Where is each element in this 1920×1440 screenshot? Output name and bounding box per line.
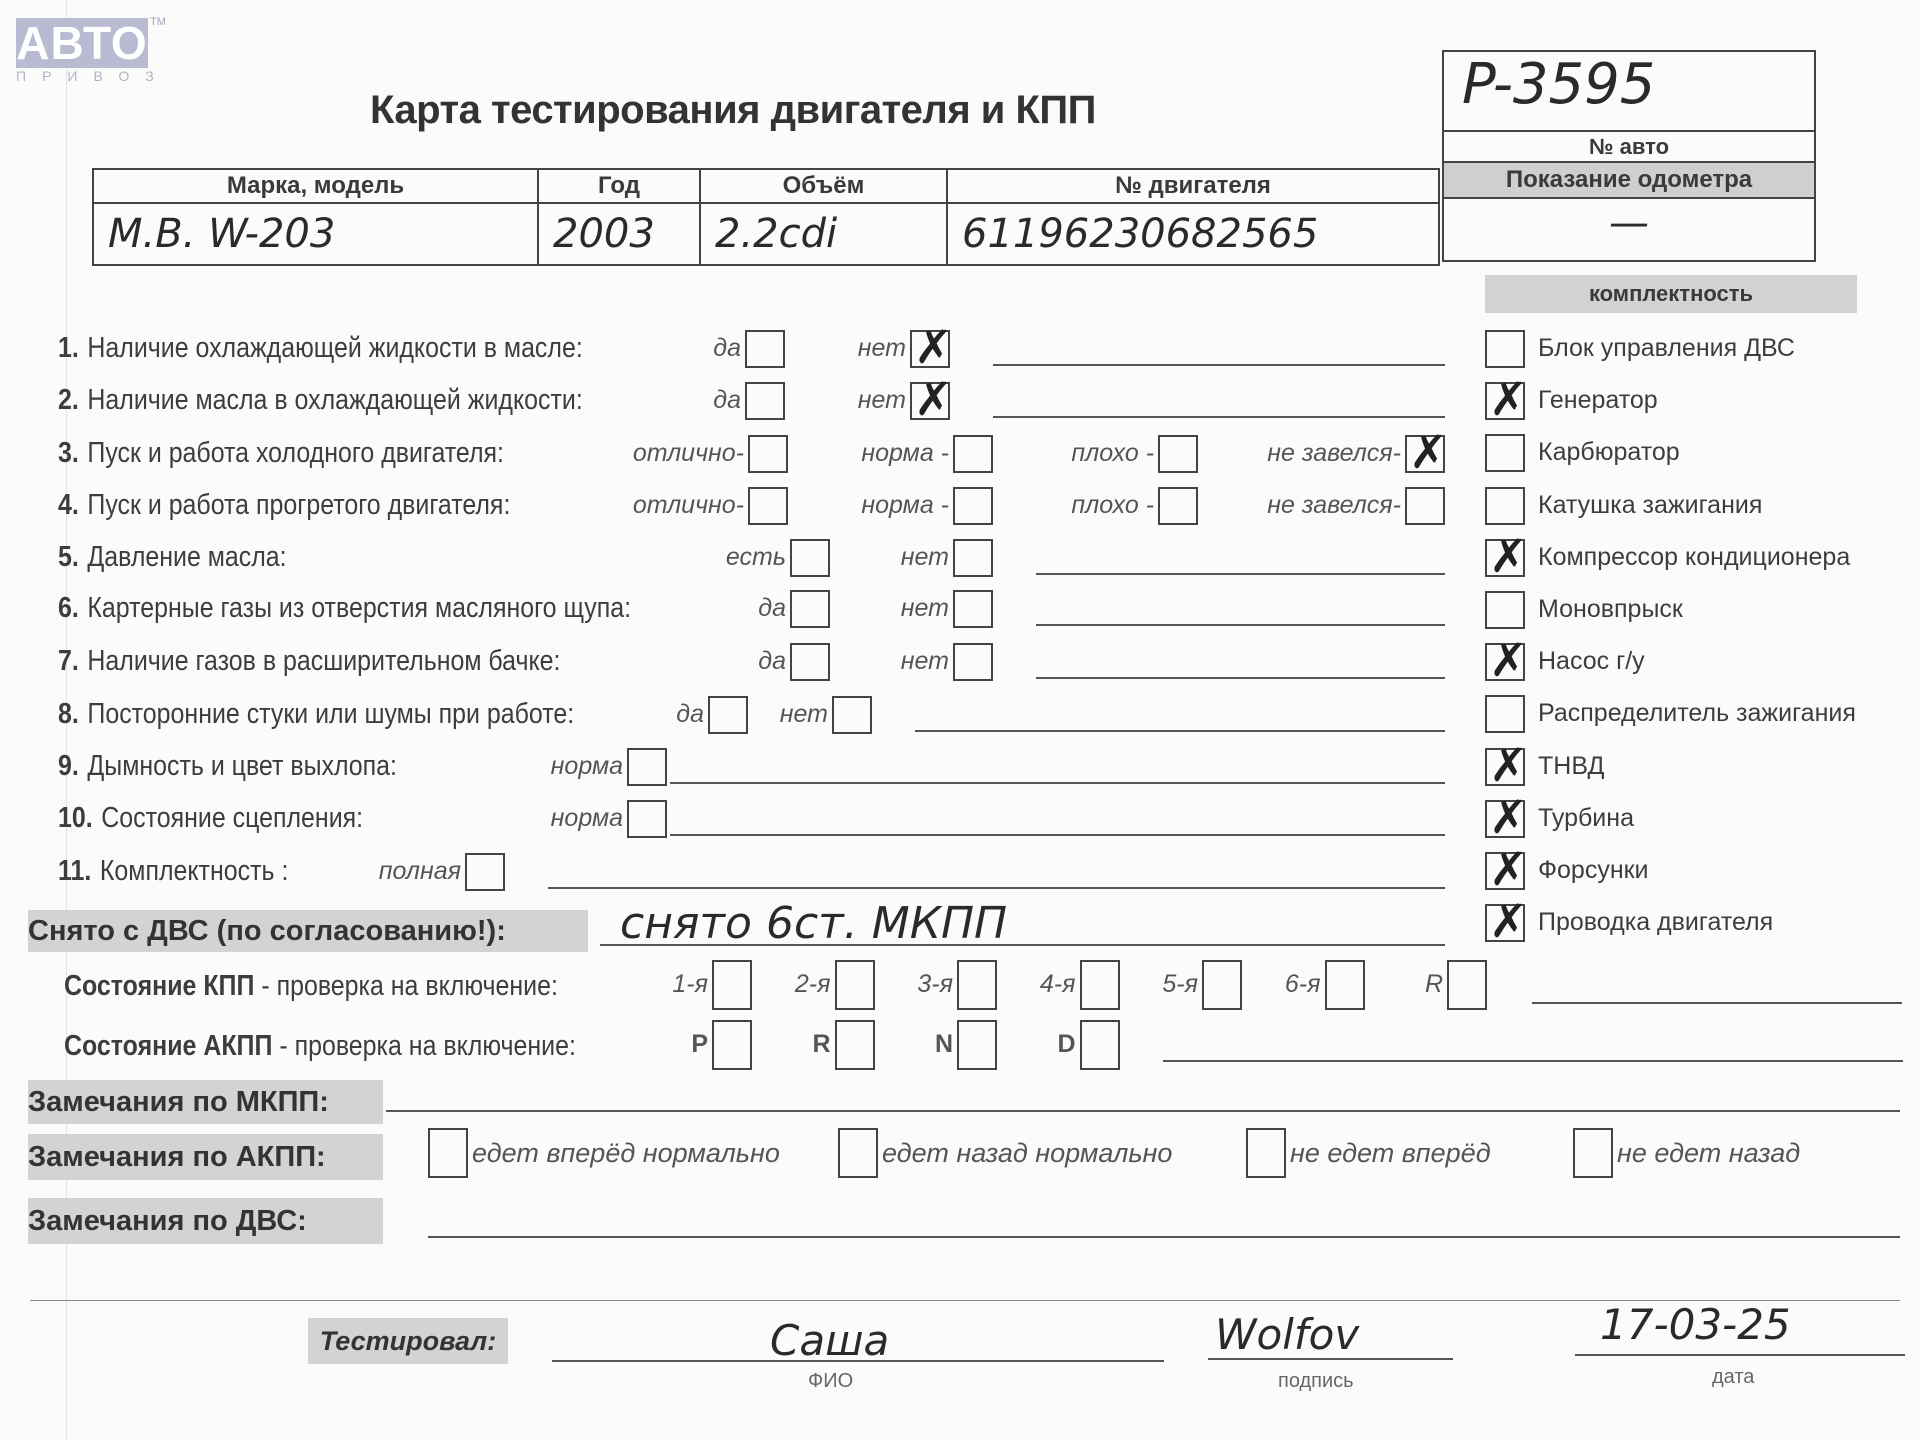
gear-checkbox[interactable] bbox=[835, 960, 875, 1010]
option-checkbox[interactable]: ✗ bbox=[910, 330, 950, 368]
note-line[interactable] bbox=[1532, 1002, 1902, 1004]
option-label: плохо - bbox=[1067, 491, 1154, 520]
completeness-label: Распределитель зажигания bbox=[1538, 699, 1856, 728]
remarks-dvs-label: Замечания по ДВС: bbox=[28, 1198, 383, 1244]
tester-name[interactable]: Саша bbox=[770, 1316, 889, 1365]
check-label: Наличие масла в охлаждающей жидкости: bbox=[87, 384, 582, 416]
completeness-label: Турбина bbox=[1538, 804, 1634, 833]
note-line[interactable] bbox=[548, 887, 1445, 889]
avto-privoz-logo: АВТО bbox=[16, 18, 148, 68]
gear-label: 5-я bbox=[1154, 970, 1198, 999]
check-number: 5. bbox=[58, 541, 79, 573]
akpp-remark-checkbox[interactable] bbox=[1573, 1128, 1613, 1178]
gear-label: R bbox=[1399, 970, 1443, 999]
option-checkbox[interactable] bbox=[790, 539, 830, 577]
completeness-checkbox[interactable] bbox=[1485, 330, 1525, 368]
option-checkbox[interactable] bbox=[627, 800, 667, 838]
option-checkbox[interactable] bbox=[832, 696, 872, 734]
logo-subtitle: ПРИВОЗ bbox=[16, 68, 170, 84]
check-mark-icon: ✗ bbox=[1489, 376, 1528, 422]
volume-value[interactable]: 2.2cdi bbox=[700, 203, 947, 265]
option-label: есть bbox=[720, 543, 786, 572]
option-checkbox[interactable] bbox=[627, 748, 667, 786]
completeness-label: ТНВД bbox=[1538, 752, 1604, 781]
note-line[interactable] bbox=[993, 364, 1445, 366]
check-mark-icon: ✗ bbox=[914, 376, 953, 422]
option-label: норма bbox=[548, 804, 623, 833]
option-label: норма bbox=[548, 752, 623, 781]
note-line[interactable] bbox=[1163, 1060, 1903, 1062]
label-bold: Состояние АКПП bbox=[64, 1030, 272, 1062]
option-label: нет bbox=[775, 700, 828, 729]
label-bold: Состояние КПП bbox=[64, 970, 254, 1002]
option-label: отлично- bbox=[627, 439, 744, 468]
gear-label: N bbox=[927, 1030, 953, 1059]
check-question: 3.Пуск и работа холодного двигателя: bbox=[58, 437, 504, 470]
check-question: 1.Наличие охлаждающей жидкости в масле: bbox=[58, 332, 583, 365]
check-mark-icon: ✗ bbox=[1409, 429, 1448, 475]
gear-checkbox[interactable] bbox=[712, 1020, 752, 1070]
header-engine-number: № двигателя bbox=[947, 169, 1439, 203]
option-checkbox[interactable] bbox=[953, 435, 993, 473]
option-checkbox[interactable] bbox=[953, 539, 993, 577]
completeness-header: комплектность bbox=[1485, 275, 1857, 313]
check-label: Состояние сцепления: bbox=[101, 802, 363, 834]
check-number: 4. bbox=[58, 489, 79, 521]
signature-caption: подпись bbox=[1278, 1370, 1354, 1393]
engine-number-value[interactable]: 61196230682565 bbox=[947, 203, 1439, 265]
option-label: да bbox=[752, 647, 786, 676]
gear-checkbox[interactable] bbox=[835, 1020, 875, 1070]
completeness-checkbox[interactable]: ✗ bbox=[1485, 539, 1525, 577]
option-label: полная bbox=[373, 857, 461, 886]
auto-number-label: № авто bbox=[1444, 130, 1814, 162]
note-line[interactable] bbox=[915, 730, 1445, 732]
gear-checkbox[interactable] bbox=[712, 960, 752, 1010]
check-label: Пуск и работа прогретого двигателя: bbox=[87, 489, 510, 521]
check-question: 9.Дымность и цвет выхлопа: bbox=[58, 750, 397, 783]
akpp-remark-checkbox[interactable] bbox=[428, 1128, 468, 1178]
option-checkbox[interactable] bbox=[790, 643, 830, 681]
check-mark-icon: ✗ bbox=[1489, 898, 1528, 944]
check-question: 5.Давление масла: bbox=[58, 541, 287, 574]
check-question: 11.Комплектность : bbox=[58, 855, 288, 888]
gear-label: D bbox=[1050, 1030, 1076, 1059]
option-checkbox[interactable] bbox=[1158, 487, 1198, 525]
gear-checkbox[interactable] bbox=[1325, 960, 1365, 1010]
option-checkbox[interactable] bbox=[790, 590, 830, 628]
completeness-label: Блок управления ДВС bbox=[1538, 334, 1795, 363]
check-label: Наличие газов в расширительном бачке: bbox=[87, 645, 560, 677]
remarks-mkpp-label: Замечания по МКПП: bbox=[28, 1080, 383, 1124]
akpp-remark-checkbox[interactable] bbox=[1246, 1128, 1286, 1178]
gear-label: 3-я bbox=[909, 970, 953, 999]
option-checkbox[interactable] bbox=[953, 643, 993, 681]
check-label: Наличие охлаждающей жидкости в масле: bbox=[87, 332, 582, 364]
option-label: да bbox=[713, 334, 741, 363]
odometer-label: Показание одометра bbox=[1444, 161, 1814, 199]
gear-checkbox[interactable] bbox=[1447, 960, 1487, 1010]
header-volume: Объём bbox=[700, 169, 947, 203]
check-number: 7. bbox=[58, 645, 79, 677]
completeness-checkbox[interactable]: ✗ bbox=[1485, 852, 1525, 890]
check-number: 8. bbox=[58, 698, 79, 730]
check-label: Комплектность : bbox=[100, 855, 288, 887]
check-label: Пуск и работа холодного двигателя: bbox=[87, 437, 504, 469]
option-label: нет bbox=[898, 647, 949, 676]
header-make-model: Марка, модель bbox=[93, 169, 538, 203]
completeness-label: Насос г/у bbox=[1538, 647, 1645, 676]
akpp-remark-label: не едет вперёд bbox=[1290, 1138, 1491, 1169]
check-number: 6. bbox=[58, 592, 79, 624]
option-label: да bbox=[673, 700, 704, 729]
check-question: 2.Наличие масла в охлаждающей жидкости: bbox=[58, 384, 583, 417]
option-label: нет bbox=[898, 543, 949, 572]
akpp-remark-label: едет вперёд нормально bbox=[472, 1138, 780, 1169]
check-question: 7.Наличие газов в расширительном бачке: bbox=[58, 645, 560, 678]
option-checkbox[interactable] bbox=[745, 382, 785, 420]
tested-by-label: Тестировал: bbox=[308, 1318, 508, 1364]
note-line[interactable] bbox=[670, 834, 1445, 836]
note-line[interactable] bbox=[1036, 677, 1445, 679]
removed-label: Снято с ДВС (по согласованию!): bbox=[28, 910, 588, 952]
check-mark-icon: ✗ bbox=[1489, 794, 1528, 840]
completeness-label: Моновпрыск bbox=[1538, 595, 1683, 624]
note-line[interactable] bbox=[1036, 573, 1445, 575]
check-mark-icon: ✗ bbox=[1489, 533, 1528, 579]
check-question: 4.Пуск и работа прогретого двигателя: bbox=[58, 489, 510, 522]
check-label: Дымность и цвет выхлопа: bbox=[87, 750, 397, 782]
year-value[interactable]: 2003 bbox=[538, 203, 700, 265]
removed-value[interactable]: снято 6ст. МКПП bbox=[620, 898, 1007, 949]
option-checkbox[interactable] bbox=[1158, 435, 1198, 473]
option-label: норма - bbox=[857, 439, 949, 468]
check-number: 2. bbox=[58, 384, 79, 416]
check-number: 10. bbox=[58, 802, 93, 834]
gear-checkbox[interactable] bbox=[1202, 960, 1242, 1010]
remarks-dvs-line[interactable] bbox=[428, 1236, 1900, 1238]
page-title: Карта тестирования двигателя и КПП bbox=[370, 88, 1096, 133]
option-checkbox[interactable]: ✗ bbox=[910, 382, 950, 420]
check-number: 1. bbox=[58, 332, 79, 364]
completeness-checkbox[interactable] bbox=[1485, 695, 1525, 733]
completeness-checkbox[interactable]: ✗ bbox=[1485, 643, 1525, 681]
completeness-checkbox[interactable]: ✗ bbox=[1485, 382, 1525, 420]
completeness-label: Компрессор кондиционера bbox=[1538, 543, 1850, 572]
gear-label: P bbox=[682, 1030, 708, 1059]
note-line[interactable] bbox=[670, 782, 1445, 784]
remarks-akpp-label: Замечания по АКПП: bbox=[28, 1134, 383, 1180]
completeness-checkbox[interactable]: ✗ bbox=[1485, 748, 1525, 786]
completeness-checkbox[interactable] bbox=[1485, 434, 1525, 472]
gear-checkbox[interactable] bbox=[957, 960, 997, 1010]
option-label: да bbox=[713, 386, 741, 415]
date-line bbox=[1575, 1354, 1905, 1356]
akpp-remark-label: едет назад нормально bbox=[882, 1138, 1172, 1169]
check-question: 8.Посторонние стуки или шумы при работе: bbox=[58, 698, 574, 731]
check-label: Картерные газы из отверстия масляного щу… bbox=[87, 592, 631, 624]
completeness-label: Карбюратор bbox=[1538, 438, 1680, 467]
gear-checkbox[interactable] bbox=[1080, 960, 1120, 1010]
manual-gearbox-label: Состояние КПП - проверка на включение: bbox=[64, 970, 558, 1003]
gear-label: 2-я bbox=[787, 970, 831, 999]
label-rest: - проверка на включение: bbox=[272, 1030, 575, 1062]
remarks-mkpp-line[interactable] bbox=[386, 1110, 1900, 1112]
gear-checkbox[interactable] bbox=[957, 1020, 997, 1070]
odometer-value[interactable]: — bbox=[1444, 200, 1814, 246]
option-checkbox[interactable] bbox=[1405, 487, 1445, 525]
akpp-remark-label: не едет назад bbox=[1617, 1138, 1800, 1169]
option-checkbox[interactable] bbox=[745, 330, 785, 368]
completeness-label: Катушка зажигания bbox=[1538, 491, 1762, 520]
removed-underline bbox=[600, 944, 1445, 946]
label-rest: - проверка на включение: bbox=[254, 970, 557, 1002]
check-mark-icon: ✗ bbox=[1489, 846, 1528, 892]
option-checkbox[interactable] bbox=[708, 696, 748, 734]
option-label: нет bbox=[855, 334, 906, 363]
test-date[interactable]: 17-03-25 bbox=[1600, 1300, 1791, 1349]
option-label: отлично- bbox=[627, 491, 744, 520]
gear-label: 6-я bbox=[1277, 970, 1321, 999]
option-label: не завелся- bbox=[1260, 439, 1401, 468]
option-label: не завелся- bbox=[1260, 491, 1401, 520]
check-label: Давление масла: bbox=[87, 541, 286, 573]
completeness-checkbox[interactable]: ✗ bbox=[1485, 904, 1525, 942]
option-label: плохо - bbox=[1067, 439, 1154, 468]
option-label: нет bbox=[898, 594, 949, 623]
note-line[interactable] bbox=[993, 416, 1445, 418]
trademark: TM bbox=[150, 16, 166, 28]
completeness-label: Форсунки bbox=[1538, 856, 1649, 885]
option-checkbox[interactable] bbox=[748, 487, 788, 525]
completeness-label: Проводка двигателя bbox=[1538, 908, 1773, 937]
check-number: 9. bbox=[58, 750, 79, 782]
name-line bbox=[552, 1360, 1164, 1362]
auto-gearbox-label: Состояние АКПП - проверка на включение: bbox=[64, 1030, 576, 1063]
header-year: Год bbox=[538, 169, 700, 203]
date-caption: дата bbox=[1712, 1366, 1754, 1389]
option-checkbox[interactable] bbox=[953, 590, 993, 628]
gear-checkbox[interactable] bbox=[1080, 1020, 1120, 1070]
option-checkbox[interactable] bbox=[953, 487, 993, 525]
check-mark-icon: ✗ bbox=[1489, 637, 1528, 683]
completeness-checkbox[interactable] bbox=[1485, 487, 1525, 525]
check-number: 11. bbox=[58, 855, 91, 887]
akpp-remark-checkbox[interactable] bbox=[838, 1128, 878, 1178]
check-number: 3. bbox=[58, 437, 79, 469]
option-label: норма - bbox=[857, 491, 949, 520]
option-label: нет bbox=[855, 386, 906, 415]
tester-signature[interactable]: Wolfov bbox=[1215, 1310, 1359, 1359]
option-label: да bbox=[752, 594, 786, 623]
check-question: 10.Состояние сцепления: bbox=[58, 802, 363, 835]
completeness-label: Генератор bbox=[1538, 386, 1658, 415]
name-caption: ФИО bbox=[808, 1370, 853, 1393]
auto-number-value[interactable]: P-3595 bbox=[1462, 52, 1655, 117]
signature-line bbox=[1208, 1358, 1453, 1360]
option-checkbox[interactable]: ✗ bbox=[1405, 435, 1445, 473]
check-mark-icon: ✗ bbox=[914, 324, 953, 370]
check-label: Посторонние стуки или шумы при работе: bbox=[87, 698, 574, 730]
completeness-checkbox[interactable]: ✗ bbox=[1485, 800, 1525, 838]
make-model-value[interactable]: М.В. W-203 bbox=[93, 203, 538, 265]
gear-label: 4-я bbox=[1032, 970, 1076, 999]
option-checkbox[interactable] bbox=[465, 853, 505, 891]
vehicle-info-table: Марка, модель Год Объём № двигателя М.В.… bbox=[92, 168, 1440, 266]
completeness-checkbox[interactable] bbox=[1485, 591, 1525, 629]
check-question: 6.Картерные газы из отверстия масляного … bbox=[58, 592, 631, 625]
gear-label: R bbox=[805, 1030, 831, 1059]
option-checkbox[interactable] bbox=[748, 435, 788, 473]
check-mark-icon: ✗ bbox=[1489, 742, 1528, 788]
note-line[interactable] bbox=[1036, 624, 1445, 626]
gear-label: 1-я bbox=[664, 970, 708, 999]
